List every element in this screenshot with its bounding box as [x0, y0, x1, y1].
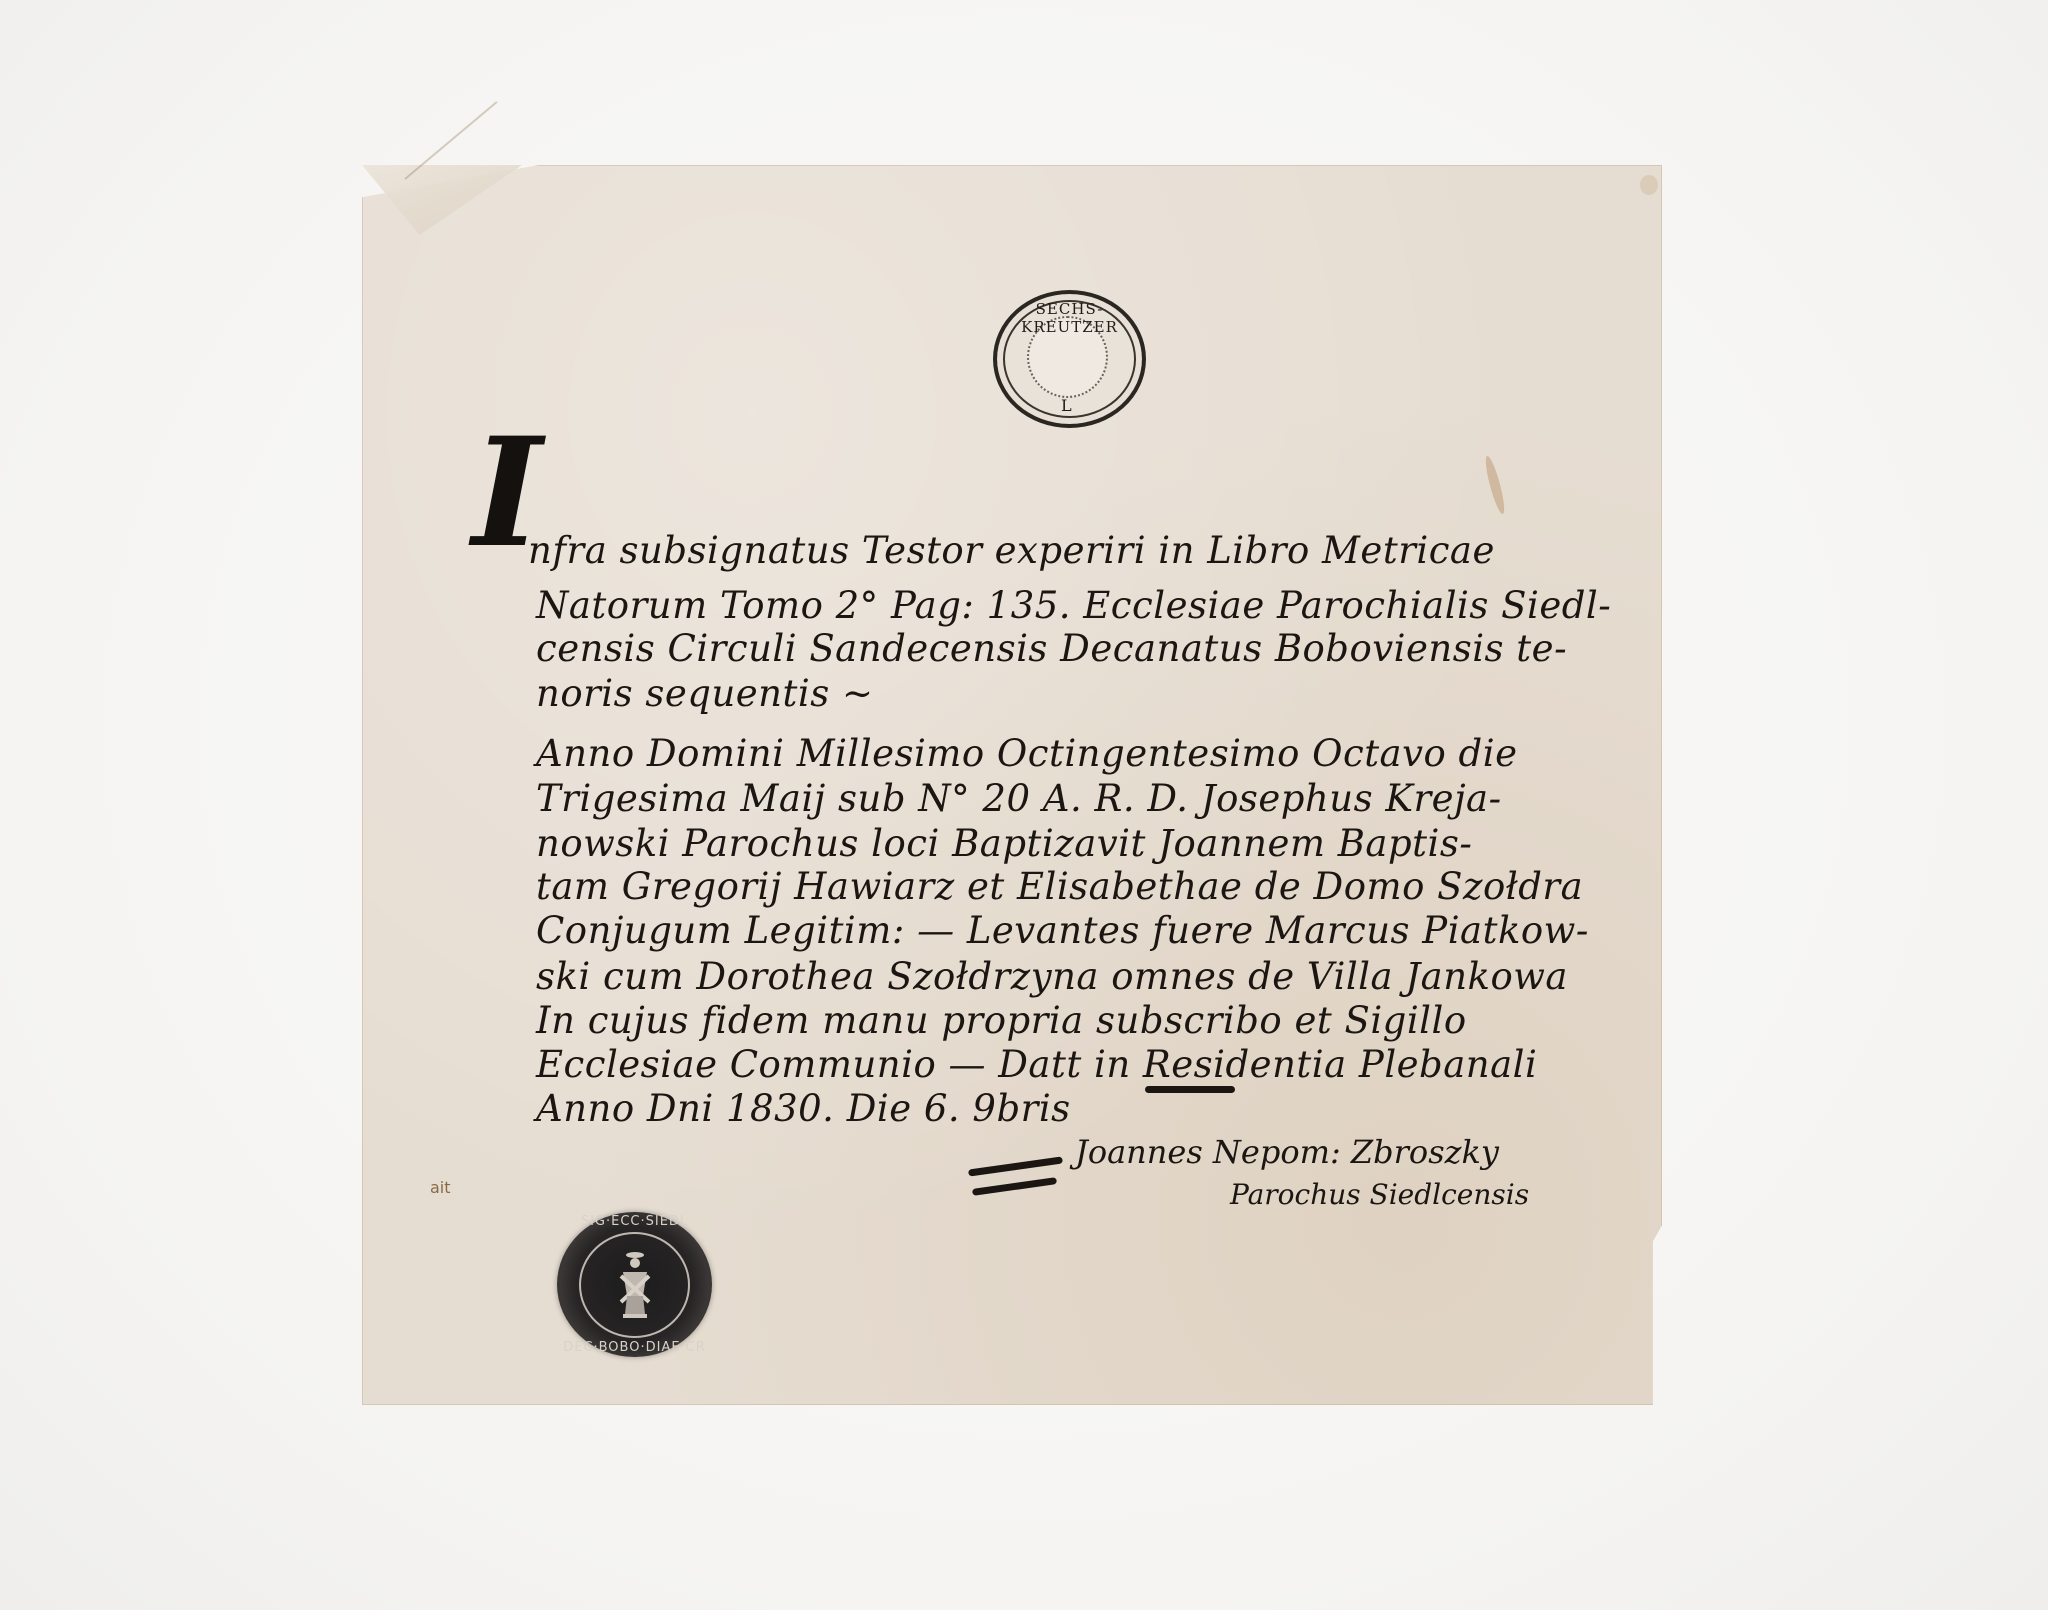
- body-line: Conjugum Legitim: — Levantes fuere Marcu…: [536, 912, 1589, 949]
- signature-name: Joannes Nepom: Zbroszky: [1075, 1133, 1499, 1171]
- seal-text-bottom: DEC·BOBO·DIAE·CR: [557, 1340, 712, 1355]
- body-line: tam Gregorij Hawiarz et Elisabethae de D…: [536, 868, 1583, 905]
- body-line: Trigesima Maij sub N° 20 A. R. D. Joseph…: [536, 780, 1502, 817]
- body-line: nfra subsignatus Testor experiri in Libr…: [528, 532, 1495, 569]
- margin-mark: ait: [430, 1178, 451, 1197]
- body-line: Anno Dni 1830. Die 6. 9bris: [536, 1090, 1071, 1127]
- body-line: In cujus fidem manu propria subscribo et…: [536, 1002, 1467, 1039]
- body-line: Anno Domini Millesimo Octingentesimo Oct…: [536, 735, 1517, 772]
- body-line: Natorum Tomo 2° Pag: 135. Ecclesiae Paro…: [536, 587, 1611, 624]
- stamp-letter: L: [1061, 396, 1072, 415]
- body-line: noris sequentis ~: [536, 675, 873, 712]
- stamp-text: SECHS-KREUTZER: [997, 300, 1142, 336]
- parish-seal: SIG·ECC·SIEDL DEC·BOBO·DIAE·CR: [557, 1212, 712, 1357]
- seal-text-top: SIG·ECC·SIEDL: [557, 1214, 712, 1229]
- corner-stain: [1640, 175, 1658, 195]
- body-line: Ecclesiae Communio — Datt in Residentia …: [536, 1046, 1537, 1083]
- signature-title: Parochus Siedlcensis: [1230, 1178, 1529, 1211]
- body-line: censis Circuli Sandecensis Decanatus Bob…: [536, 630, 1567, 667]
- body-line: ski cum Dorothea Szołdrzyna omnes de Vil…: [536, 958, 1568, 995]
- closing-flourish: [1145, 1086, 1235, 1093]
- revenue-stamp: SECHS-KREUTZER L: [993, 290, 1146, 428]
- body-line: nowski Parochus loci Baptizavit Joannem …: [536, 825, 1472, 862]
- saint-figure-icon: [617, 1250, 653, 1320]
